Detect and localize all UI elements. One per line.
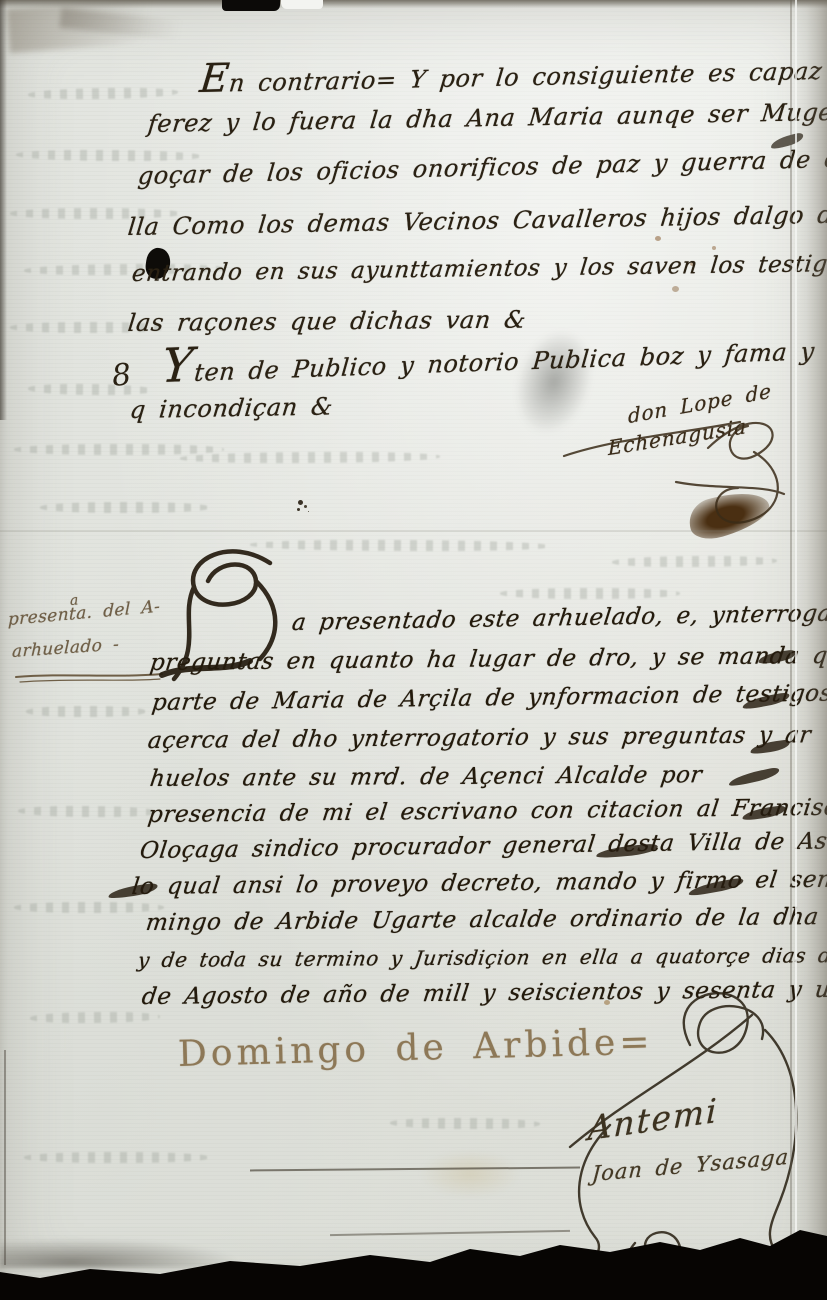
manuscript-line: mingo de Arbide Ugarte alcalde ordinario…	[144, 906, 827, 935]
right-crease-line	[790, 0, 792, 1300]
manuscript-line: açerca del dho ynterrogatorio y sus preg…	[146, 724, 812, 753]
bleed-through-line	[500, 588, 680, 599]
margin-note-underline	[14, 672, 164, 684]
manuscript-line: las raçones que dichas van &	[127, 308, 528, 335]
top-edge-dark-notch	[222, 0, 280, 11]
rust-speckle	[712, 246, 716, 250]
bleed-through-line	[14, 902, 164, 913]
manuscript-scan: En contrario= Y por lo consiguiente es c…	[0, 0, 827, 1300]
bleed-through-line	[24, 1152, 209, 1163]
rust-speckle	[655, 236, 661, 241]
bottom-edge-smudge	[0, 1238, 240, 1268]
top-edge-light-notch	[281, 0, 323, 9]
left-page-edge	[0, 0, 7, 420]
faint-stain	[420, 1150, 520, 1198]
manuscript-line: huelos ante su mrd. de Açenci Alcalde po…	[148, 764, 703, 791]
manuscript-line: y de toda su termino y Jurisdiçion en el…	[137, 945, 827, 970]
top-page-edge	[0, 0, 827, 8]
rust-speckle	[672, 286, 679, 292]
right-page-edge	[793, 0, 827, 1300]
left-edge-line	[4, 1050, 6, 1265]
bleed-through-line	[40, 502, 210, 513]
bleed-through-line	[26, 706, 146, 717]
margin-paragraph-mark: 8	[110, 357, 133, 394]
right-crease-highlight	[795, 0, 797, 1300]
dark-speck-cluster	[298, 500, 303, 505]
manuscript-line: q incondiçan &	[129, 394, 335, 422]
bleed-through-line	[14, 444, 224, 455]
witness-rubric-flourish	[558, 392, 798, 542]
